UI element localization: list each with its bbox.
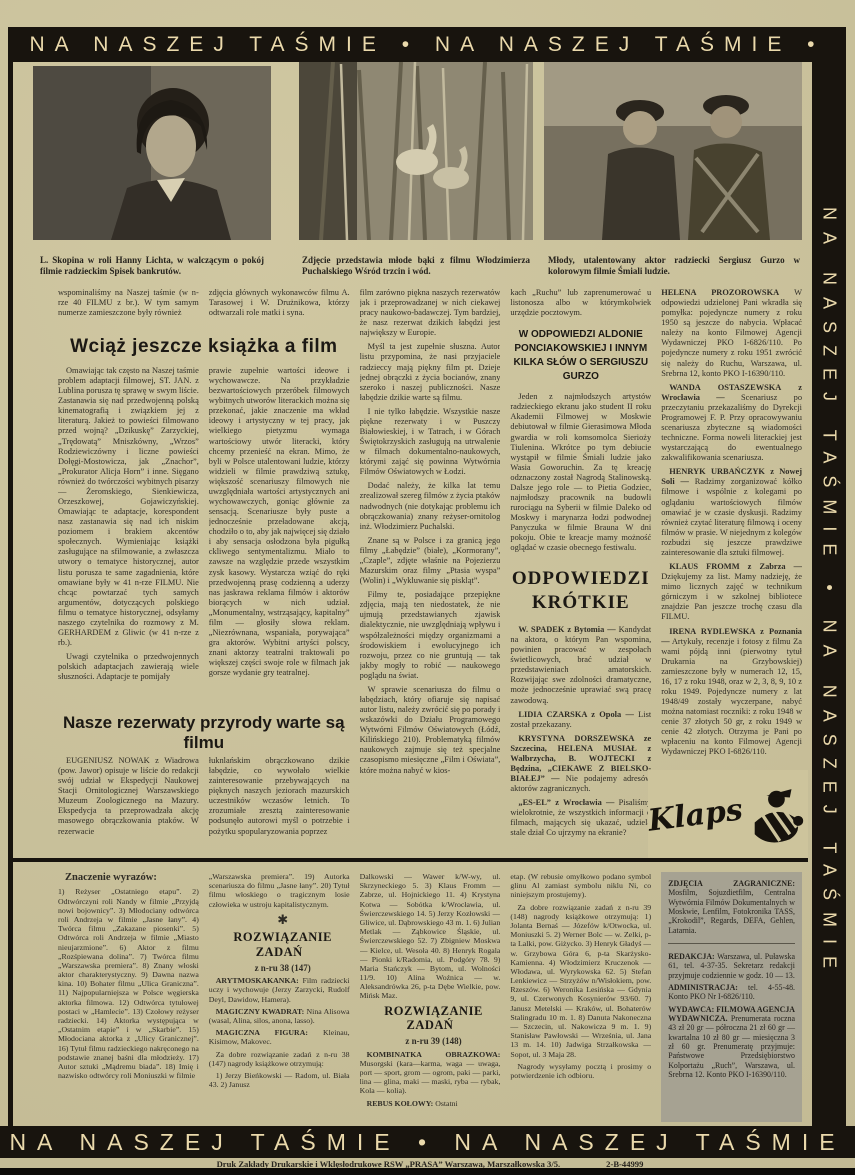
reply-item: LIDIA CZARSKA z Opola — List został prze… <box>510 710 651 730</box>
body-paragraph: film zarówno piękna naszych rezerwatów j… <box>360 288 501 338</box>
body-paragraph: W sprawie scenariusza do filmu o łabędzi… <box>360 685 501 776</box>
correction-note: etap. (W rebusie omyłkowo podano symbol … <box>510 872 651 900</box>
solution-name: KOMBINATKA OBRAZKOWA: <box>367 1050 501 1059</box>
solution-name: ARYTMOSKAKANKA: <box>216 976 299 985</box>
reply-item: „ES-EL” z Wrocławia — Pisaliśmy wielokro… <box>510 798 651 838</box>
solution-item: MAGICZNY KWADRAT: Nina Alisowa (wasal, A… <box>209 1007 350 1025</box>
book-article-column-1: Omawiając tak często na Naszej taśmie pr… <box>58 366 199 710</box>
credits-label: ZDJĘCIA ZAGRANICZNE: <box>668 879 795 888</box>
body-paragraph: Jeden z najmłodszych artystów radzieckie… <box>510 392 651 553</box>
credits-text: Mosfilm, Sojuzdietfilm, Centralna Wytwór… <box>668 888 795 934</box>
redakcja-label: REDAKCJA: <box>668 952 714 961</box>
reply-correspondent: HELENA PROZOROWSKA <box>661 288 779 297</box>
reply-item: KRYSTYNA DORSZEWSKA ze Szczecina, HELENA… <box>510 734 651 794</box>
klaps-mascot-icon <box>743 776 808 854</box>
section-heading-short-replies: ODPOWIEDZI KRÓTKIE <box>510 567 651 615</box>
photo-caption-3: Młody, utalentowany aktor radziecki Serg… <box>548 255 800 278</box>
wydawca-text: Prenumerata roczna 43 zł 20 gr — półrocz… <box>668 1014 795 1079</box>
klaps-signature-text: Klaps <box>646 792 744 838</box>
winners-list-start: 1) Jerzy Bieńkowski — Radom, ul. Biała 4… <box>209 1071 350 1089</box>
solution-item: REBUS KOŁOWY: Ostatni <box>360 1099 501 1108</box>
intro-column-1: wspominaliśmy na Naszej taśmie (w n-rze … <box>58 288 199 328</box>
publisher: WYDAWCA: FILMOWA AGENCJA WYDAWNICZA. Pre… <box>668 1005 795 1080</box>
solutions-issue-number-2: z n-ru 39 (148) <box>360 1036 501 1047</box>
winners-list-2: Za dobre rozwiązanie zadań z n-ru 39 (14… <box>510 903 651 1059</box>
clues-continued: „Warszawska premiera”. 19) Autorka scena… <box>209 872 350 909</box>
intro-paragraph-2: zdjęcia głównych wykonawców filmu A. Tar… <box>209 288 350 318</box>
masthead-text-bottom: NA NASZEJ TAŚMIE • NA NASZEJ TAŚMIE <box>9 1129 845 1156</box>
editorial-office: REDAKCJA: Warszawa, ul. Puławska 61, tel… <box>668 952 795 980</box>
body-paragraph: Dodać należy, że kilka lat temu zrealizo… <box>360 481 501 531</box>
portrait-photo-graphic <box>33 66 271 240</box>
solution-item: MAGICZNA FIGURA: Kleinau, Kisimow, Makov… <box>209 1028 350 1046</box>
body-paragraph: łuknlańskim obrączkowano dzikie łabędzie… <box>209 756 350 837</box>
reply-text: Radzimy zorganizować kółko filmowe i wsp… <box>661 477 802 557</box>
administracja-label: ADMINISTRACJA: <box>668 983 738 992</box>
masthead-banner-top: NA NASZEJ TAŚMIE • NA NASZEJ TAŚMIE • <box>8 27 846 62</box>
body-paragraph: kach „Ruchu” lub zaprenumerować u liston… <box>510 288 651 318</box>
bottom-section: Znaczenie wyrazów: 1) Reżyser „Ostatnieg… <box>58 872 802 1122</box>
page-bottom-edge <box>0 1168 855 1175</box>
reply-text: Kandydat na aktora, o którym Pan wspomin… <box>510 625 651 705</box>
body-paragraph: Filmy te, posiadające przepiękne zdjęcia… <box>360 590 501 681</box>
reply-text: W odpowiedzi udzielonej Pani wkradła się… <box>661 288 802 378</box>
imprint-box: ZDJĘCIA ZAGRANICZNE: Mosfilm, Sojuzdietf… <box>661 872 802 1122</box>
masthead-banner-bottom: NA NASZEJ TAŚMIE • NA NASZEJ TAŚMIE <box>0 1126 855 1158</box>
solution-item: ARYTMOSKAKANKA: Film radziecki uczy i wy… <box>209 976 350 1004</box>
reply-item: W. SPADEK z Bytomia — Kandydat na aktora… <box>510 625 651 706</box>
article-heading-book-and-film: Wciąż jeszcze książka a film <box>58 336 350 359</box>
masthead-banner-right: NA NASZEJ TAŚMIE • NA NASZEJ TAŚMIE <box>812 62 846 1126</box>
reply-text: Dziękujemy za list. Mamy nadzieję, że mi… <box>661 572 802 621</box>
body-paragraph: Znane są w Polsce i za granicą jego film… <box>360 536 501 586</box>
film-still-smiali-ludzie <box>544 62 802 240</box>
solution-name: MAGICZNY KWADRAT: <box>216 1007 304 1016</box>
foreign-photos-credits: ZDJĘCIA ZAGRANICZNE: Mosfilm, Sojuzdietf… <box>668 879 795 935</box>
body-paragraph: Uwagi czytelnika o przedwojennych polski… <box>58 652 199 682</box>
star-ornament: ✱ <box>209 912 350 927</box>
solution-text: Ostatni <box>435 1099 458 1108</box>
solutions-column-1: „Warszawska premiera”. 19) Autorka scena… <box>209 872 350 1122</box>
solutions-heading: ROZWIĄZANIE ZADAŃ <box>209 930 350 960</box>
body-paragraph: I nie tylko łabędzie. Wszystkie nasze pi… <box>360 407 501 478</box>
body-paragraph: Omawiając tak często na Naszej taśmie pr… <box>58 366 199 648</box>
magazine-page: NA NASZEJ TAŚMIE • NA NASZEJ TAŚMIE • NA… <box>0 0 855 1175</box>
film-still-spisek-bankrutow <box>33 66 271 240</box>
solution-name: REBUS KOŁOWY: <box>367 1099 434 1108</box>
column-4: kach „Ruchu” lub zaprenumerować u liston… <box>510 288 651 858</box>
body-paragraph: Myśl ta jest zupełnie słuszna. Autor lis… <box>360 342 501 402</box>
reply-item: WANDA OSTASZEWSKA z Wrocławia — Scenariu… <box>661 383 802 464</box>
masthead-text-right: NA NASZEJ TAŚMIE • NA NASZEJ TAŚMIE <box>819 207 840 980</box>
reply-correspondent: W. SPADEK z Bytomia — <box>518 625 615 634</box>
solutions-column-3: etap. (W rebusie omyłkowo podano symbol … <box>510 872 651 1122</box>
reply-item: HELENA PROZOROWSKA W odpowiedzi udzielon… <box>661 288 802 379</box>
solution-name: MAGICZNA FIGURA: <box>216 1028 308 1037</box>
film-still-wsrod-trzcin-i-wod <box>299 62 533 240</box>
column-3: film zarówno piękna naszych rezerwatów j… <box>360 288 501 858</box>
section-divider-rule <box>8 858 808 862</box>
puzzle-clues-column: Znaczenie wyrazów: 1) Reżyser „Ostatnieg… <box>58 872 199 1122</box>
clues-text: 1) Reżyser „Ostatniego etapu”. 2) Odtwór… <box>58 887 199 1080</box>
solutions-heading-2: ROZWIĄZANIE ZADAŃ <box>360 1004 501 1034</box>
administration: ADMINISTRACJA: tel. 4-55-48. Konto PKO N… <box>668 983 795 1002</box>
photo-caption-1: L. Skopina w roli Hanny Lichta, w walczą… <box>40 255 264 278</box>
solution-item: KOMBINATKA OBRAZKOWA: Musorgski (kara—ka… <box>360 1050 501 1096</box>
reply-correspondent: „ES-EL” z Wrocławia — <box>518 798 614 807</box>
clues-heading: Znaczenie wyrazów: <box>58 872 199 884</box>
nature-article-column-2: łuknlańskim obrączkowano dzikie łabędzie… <box>209 756 350 858</box>
birds-photo-graphic <box>299 62 533 240</box>
klaps-signature: Klaps <box>648 770 808 860</box>
solutions-column-2: Dalkowski — Wawer k/W-wy, ul. Skrzynecki… <box>360 872 501 1122</box>
body-paragraph: EUGENIUSZ NOWAK z Wiadrowa (pow. Jawor) … <box>58 756 199 837</box>
intro-column-2: zdjęcia głównych wykonawców filmu A. Tar… <box>209 288 350 328</box>
reply-item: IRENA RYDLEWSKA z Poznania — Artykuły, r… <box>661 627 802 758</box>
reply-correspondent: KLAUS FROMM z Zabrza — <box>669 562 802 571</box>
photo-caption-2: Zdjęcie przedstawia młode bąki z filmu W… <box>302 255 530 278</box>
awards-note: Za dobre rozwiązanie zadań z n-ru 38 (14… <box>209 1050 350 1068</box>
article-heading-gurzo: W ODPOWIEDZI ALDONIE PONCIAKOWSKIEJ I IN… <box>512 328 649 384</box>
two-actors-photo-graphic <box>544 62 802 240</box>
body-paragraph: prawie zupełnie wartości ideowe i wychow… <box>209 366 350 678</box>
winners-list: Dalkowski — Wawer k/W-wy, ul. Skrzynecki… <box>360 872 501 1001</box>
reply-text: Scenariusz po przeczytaniu przekazaliśmy… <box>661 393 802 462</box>
article-heading-nature-reserves: Nasze rezerwaty przyrody warte są filmu <box>58 713 350 752</box>
reply-text: Artykuły, recenzje i fotosy z filmu Za w… <box>661 637 802 757</box>
imprint-divider <box>668 943 795 944</box>
prizes-note: Nagrody wysyłamy pocztą i prosimy o potw… <box>510 1062 651 1080</box>
book-article-column-2: prawie zupełnie wartości ideowe i wychow… <box>209 366 350 710</box>
left-rule <box>8 62 13 1126</box>
reply-correspondent: LIDIA CZARSKA z Opola — <box>518 710 633 719</box>
solutions-issue-number: z n-ru 38 (147) <box>209 963 350 974</box>
nature-article-column-1: EUGENIUSZ NOWAK z Wiadrowa (pow. Jawor) … <box>58 756 199 858</box>
reply-item: KLAUS FROMM z Zabrza — Dziękujemy za lis… <box>661 562 802 622</box>
masthead-text-top: NA NASZEJ TAŚMIE • NA NASZEJ TAŚMIE • <box>29 33 824 57</box>
intro-paragraph-1: wspominaliśmy na Naszej taśmie (w n-rze … <box>58 288 199 318</box>
solution-text: Musorgski (kara—karma, waga — uwaga, por… <box>360 1059 501 1096</box>
reply-item: HENRYK URBAŃCZYK z Nowej Soli — Radzimy … <box>661 467 802 558</box>
